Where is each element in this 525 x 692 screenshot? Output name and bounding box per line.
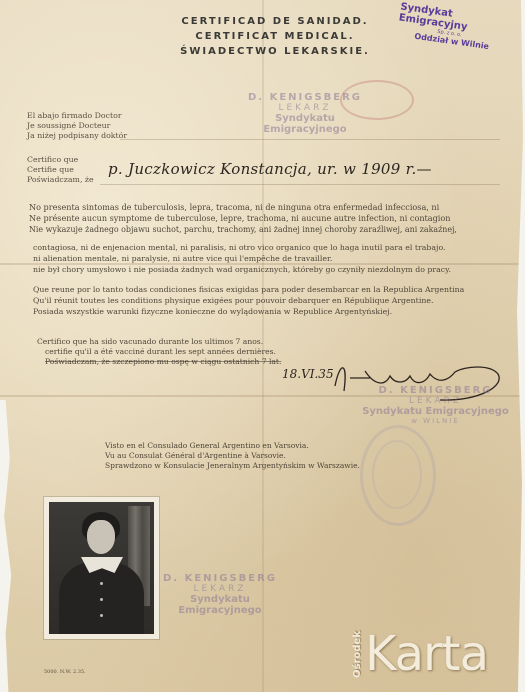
conditions-text-pl: Posiada wszystkie warunki fizyczne konie… xyxy=(33,306,392,317)
stamp-line: Syndykatu Emigracyjnego xyxy=(240,113,370,135)
stamp-line: Syndykatu Emigracyjnego xyxy=(160,594,280,616)
karta-watermark: Ośrodek Karta xyxy=(352,630,488,678)
stamp-line: D. KENIGSBERG xyxy=(348,385,523,396)
infection-text-fr: Ne présente aucun symptome de tuberculos… xyxy=(29,213,450,224)
torn-edge xyxy=(515,0,525,692)
handwritten-patient-name: p. Juczkowicz Konstancja, ur. w 1909 r.— xyxy=(108,160,432,178)
vaccine-text-pl: Poświadczam, że szczepiono mu ospę w cią… xyxy=(45,356,281,367)
certify-label-fr: Certifie que xyxy=(27,165,74,175)
fill-line xyxy=(120,139,500,140)
infection-text-es: No presenta sintomas de tuberculosis, le… xyxy=(29,202,439,213)
stamp-line: D. KENIGSBERG xyxy=(240,92,370,103)
watermark-vertical-text: Ośrodek xyxy=(352,631,363,678)
doctor-stamp: D. KENIGSBERG LEKARZ Syndykatu Emigracyj… xyxy=(348,385,523,425)
certify-label-es: Certifico que xyxy=(27,155,78,165)
certify-label-pl: Poświadczam, że xyxy=(27,175,94,185)
print-code: 5000. N.W. 2.35. xyxy=(44,669,86,675)
conditions-text-es: Que reune por lo tanto todas condiciones… xyxy=(33,284,464,295)
mental-text-fr: ni alienation mentale, ni paralysie, ni … xyxy=(33,253,332,264)
stamp-line: LEKARZ xyxy=(240,103,370,113)
stamp-line: Syndykatu Emigracyjnego xyxy=(348,406,523,417)
consulate-seal-inner xyxy=(372,440,422,509)
title-polish: ŚWIADECTWO LEKARSKIE. xyxy=(165,46,385,57)
watermark-main-text: Karta xyxy=(365,630,488,678)
mental-text-es: contagiosa, ni de enjenacion mental, ni … xyxy=(33,242,445,253)
doctor-label-fr: Je soussigné Docteur xyxy=(27,121,110,131)
doctor-stamp-faded-lower: D. KENIGSBERG LEKARZ Syndykatu Emigracyj… xyxy=(160,573,280,616)
title-spanish: CERTIFICAD DE SANIDAD. xyxy=(165,16,385,27)
title-french: CERTIFICAT MEDICAL. xyxy=(165,31,385,42)
portrait-photo xyxy=(44,497,159,639)
doctor-stamp-faded: D. KENIGSBERG LEKARZ Syndykatu Emigracyj… xyxy=(240,92,370,135)
doctor-label-pl: Ja niżej podpisany doktór xyxy=(27,131,127,141)
stamp-line: LEKARZ xyxy=(160,584,280,594)
conditions-text-fr: Qu'il réunit toutes les conditions physi… xyxy=(33,295,433,306)
fill-line xyxy=(100,184,500,185)
stamp-line: LEKARZ xyxy=(348,396,523,406)
torn-edge xyxy=(0,400,14,692)
signature-date: 18.VI.35 xyxy=(282,367,334,381)
doctor-label-es: El abajo firmado Doctor xyxy=(27,111,122,121)
stamp-line: D. KENIGSBERG xyxy=(160,573,280,584)
mental-text-pl: nie był chory umysłowo i nie posiada żad… xyxy=(33,264,451,275)
consulate-text-pl: Sprawdzono w Konsulacie Jeneralnym Argen… xyxy=(105,460,360,471)
infection-text-pl: Nie wykazuje żadnego objawu suchot, parc… xyxy=(29,224,457,235)
emigration-syndicate-stamp: Syndykat Emigracyjny Sp. z o. o. Oddział… xyxy=(396,1,525,55)
medical-certificate-document: CERTIFICAD DE SANIDAD. CERTIFICAT MEDICA… xyxy=(0,0,525,692)
stamp-line: w WILNIE xyxy=(348,417,523,425)
